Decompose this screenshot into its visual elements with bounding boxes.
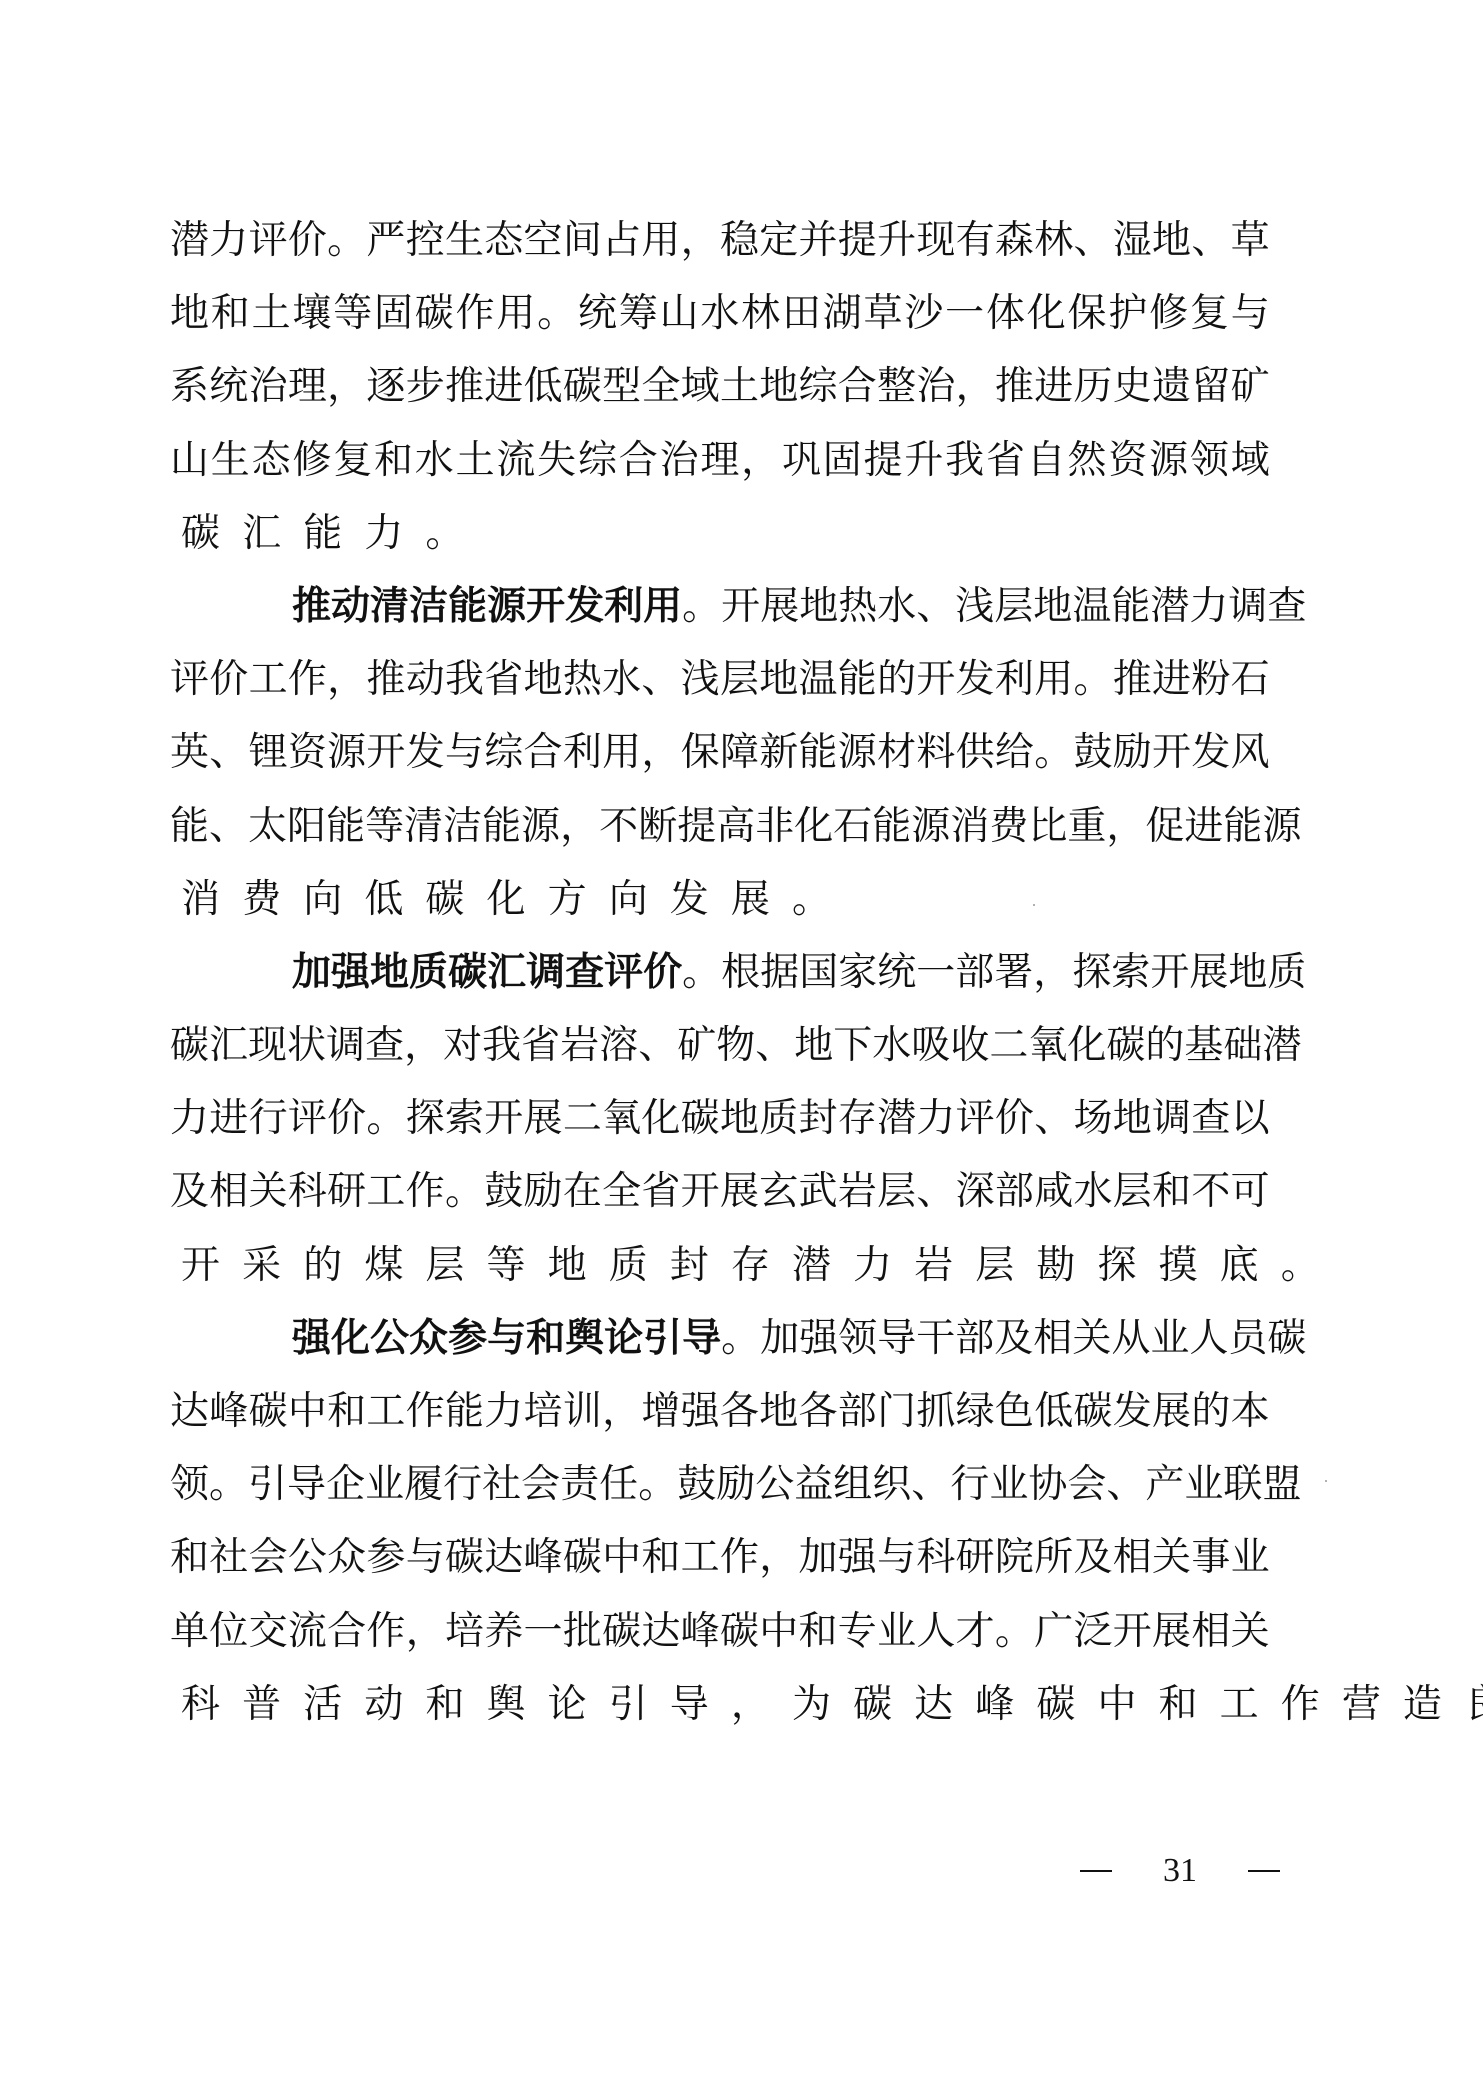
text-line: 和社会公众参与碳达峰碳中和工作，加强与科研院所及相关事业 bbox=[170, 1521, 1270, 1594]
paragraph: 推动清洁能源开发利用。开展地热水、浅层地温能潜力调查评价工作，推动我省地热水、浅… bbox=[170, 570, 1270, 936]
text-line: 领。引导企业履行社会责任。鼓励公益组织、行业协会、产业联盟 bbox=[170, 1448, 1270, 1521]
scan-speck bbox=[1325, 1480, 1327, 1482]
text-line: 评价工作，推动我省地热水、浅层地温能的开发利用。推进粉石 bbox=[170, 643, 1270, 716]
dash-left bbox=[1080, 1870, 1112, 1872]
page-number-footer: 31 bbox=[1080, 1846, 1280, 1896]
text-line: 消费向低碳化方向发展。 bbox=[170, 863, 1270, 936]
text-line: 达峰碳中和工作能力培训，增强各地各部门抓绿色低碳发展的本 bbox=[170, 1375, 1270, 1448]
text-line: 科普活动和舆论引导，为碳达峰碳中和工作营造良好环境。 bbox=[170, 1668, 1270, 1741]
text-line: 系统治理，逐步推进低碳型全域土地综合整治，推进历史遗留矿 bbox=[170, 350, 1270, 423]
text-line: 碳汇能力。 bbox=[170, 497, 1270, 570]
paragraph: 加强地质碳汇调查评价。根据国家统一部署，探索开展地质碳汇现状调查，对我省岩溶、矿… bbox=[170, 936, 1270, 1302]
text-line: 地和土壤等固碳作用。统筹山水林田湖草沙一体化保护修复与 bbox=[170, 277, 1270, 350]
paragraph: 强化公众参与和舆论引导。加强领导干部及相关从业人员碳达峰碳中和工作能力培训，增强… bbox=[170, 1302, 1270, 1741]
text-line: 能、太阳能等清洁能源，不断提高非化石能源消费比重，促进能源 bbox=[170, 790, 1270, 863]
text-line: 推动清洁能源开发利用。开展地热水、浅层地温能潜力调查 bbox=[170, 570, 1270, 643]
text-line: 英、锂资源开发与综合利用，保障新能源材料供给。鼓励开发风 bbox=[170, 716, 1270, 789]
text-line: 山生态修复和水土流失综合治理，巩固提升我省自然资源领域 bbox=[170, 424, 1270, 497]
document-page: 潜力评价。严控生态空间占用，稳定并提升现有森林、湿地、草地和土壤等固碳作用。统筹… bbox=[0, 0, 1483, 2093]
text-line: 加强地质碳汇调查评价。根据国家统一部署，探索开展地质 bbox=[170, 936, 1270, 1009]
text-line: 开采的煤层等地质封存潜力岩层勘探摸底。 bbox=[170, 1229, 1270, 1302]
text-line: 单位交流合作，培养一批碳达峰碳中和专业人才。广泛开展相关 bbox=[170, 1595, 1270, 1668]
text-line: 力进行评价。探索开展二氧化碳地质封存潜力评价、场地调查以 bbox=[170, 1082, 1270, 1155]
page-number: 31 bbox=[1163, 1852, 1197, 1890]
text-line: 潜力评价。严控生态空间占用，稳定并提升现有森林、湿地、草 bbox=[170, 204, 1270, 277]
paragraph: 潜力评价。严控生态空间占用，稳定并提升现有森林、湿地、草地和土壤等固碳作用。统筹… bbox=[170, 204, 1270, 570]
text-line: 及相关科研工作。鼓励在全省开展玄武岩层、深部咸水层和不可 bbox=[170, 1155, 1270, 1228]
dash-right bbox=[1248, 1870, 1280, 1872]
body-text: 潜力评价。严控生态空间占用，稳定并提升现有森林、湿地、草地和土壤等固碳作用。统筹… bbox=[170, 204, 1270, 1741]
text-line: 强化公众参与和舆论引导。加强领导干部及相关从业人员碳 bbox=[170, 1302, 1270, 1375]
scan-speck bbox=[1033, 904, 1035, 906]
text-line: 碳汇现状调查，对我省岩溶、矿物、地下水吸收二氧化碳的基础潜 bbox=[170, 1009, 1270, 1082]
